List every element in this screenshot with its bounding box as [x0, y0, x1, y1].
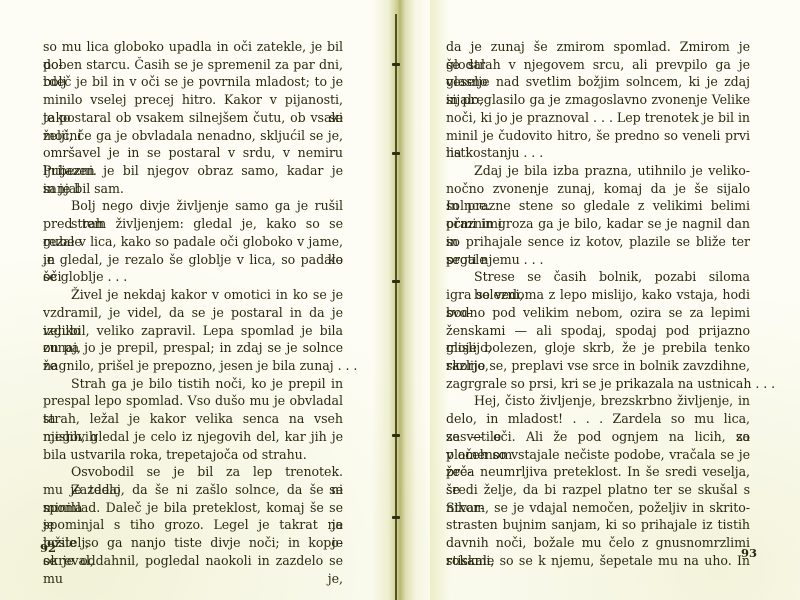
gutter-shadow — [372, 0, 428, 600]
text-line: igra se vedoma z lepo mislijo, kako vsta… — [446, 286, 750, 304]
text-line: Hej, čisto življenje, brezskrbno življen… — [446, 392, 750, 410]
text-line: še strah v njegovem srcu, ali prevpilo g… — [446, 56, 750, 74]
text-line: In prazne stene so gledale z velikimi be… — [446, 197, 750, 215]
text-line: bila ustvarila roka, trepetajoča od stra… — [43, 446, 343, 464]
text-line: minilo vselej precej hitro. Kakor v pija… — [43, 91, 343, 109]
text-line: žeča neumrljiva preteklost. In še sredi … — [446, 463, 750, 481]
text-line: doben starcu. Časih se je spremenil za p… — [43, 56, 343, 74]
binding-stitch — [392, 280, 400, 283]
text-line: spominjal s tiho grozo. Legel je takrat … — [43, 516, 343, 534]
text-line: se — oči. Ali že pod ognjem na licih, za… — [446, 428, 750, 446]
text-line: Strah ga je bilo tistih noči, ko je prep… — [43, 375, 343, 393]
text-line: v očeh so vstajale nečiste podobe, vrača… — [446, 446, 750, 464]
text-line: rdeč je bil in v oči se je povrnila mlad… — [43, 73, 343, 91]
text-line: nikom, se je vdajal nemočen, poželjiv in… — [446, 499, 750, 517]
book-spine-gutter — [395, 14, 397, 600]
text-line: izgubil, veliko zapravil. Lepa spomlad j… — [43, 322, 343, 340]
text-line: stiskale so se k njemu, šepetale mu na u… — [446, 552, 750, 570]
text-line: in je bil sam. — [43, 180, 343, 198]
text-line: on pa jo je prepil, prespal; in zdaj se … — [43, 339, 343, 357]
left-page-text: so mu lica globoko upadla in oči zatekle… — [43, 38, 343, 570]
text-line: so prihajale sence iz kotov, plazile se … — [446, 233, 750, 251]
text-line: Živel je nekdaj kakor v omotici in ko se… — [43, 286, 343, 304]
text-line: Strese se časih bolnik, pozabi siloma bo… — [446, 268, 750, 286]
text-line: ženskami — ali spodaj, spodaj pod prijaz… — [446, 322, 750, 340]
text-line: prespal lepo spomlad. Vso dušo mu je obv… — [43, 392, 343, 410]
text-line: je postaral ob vsakem silnejšem čutu, ob… — [43, 109, 343, 127]
text-line: bodno pod velikim nebom, ozira se za lep… — [446, 304, 750, 322]
text-line: proti njemu . . . — [446, 251, 750, 269]
text-line: mislih, gledal je celo iz njegovih del, … — [43, 428, 343, 446]
text-line: Zdaj je bila izba prazna, utihnilo je ve… — [446, 162, 750, 180]
text-line: da je zunaj še zmirom spomlad. Zmirom je… — [446, 38, 750, 56]
text-line: delo, in mladost! . . . Zardela so mu li… — [446, 410, 750, 428]
binding-stitch — [392, 63, 400, 66]
text-line: očmi in groza ga je bilo, kadar se je na… — [446, 215, 750, 233]
binding-stitch — [392, 516, 400, 519]
text-line: so mu lica globoko upadla in oči zatekle… — [43, 38, 343, 56]
page-number-right: 93 — [741, 546, 757, 560]
text-line: Osvobodil se je bil za lep trenotek. Zaz… — [43, 463, 343, 481]
text-line: noči, ki jo je praznoval . . . Lep treno… — [446, 109, 750, 127]
text-line: želji, če ga je obvladala nenadno, sklju… — [43, 127, 343, 145]
text-line: spomlad. Daleč je bila preteklost, komaj… — [43, 499, 343, 517]
text-line: omršavel je in se postaral v srdu, v nem… — [43, 144, 343, 162]
page-number-left: 92 — [40, 541, 56, 555]
text-line: strasten bujnim sanjam, ki so prihajale … — [446, 516, 750, 534]
text-line: Prijazen je bil njegov obraz samo, kadar… — [43, 162, 343, 180]
text-line: gloje bolezen, gloje skrb, že je prebila… — [446, 339, 750, 357]
text-line: nočno zvonenje zunaj, komaj da je še sij… — [446, 180, 750, 198]
text-line: na kostanju . . . — [446, 144, 750, 162]
text-line: mu je tedaj, da še ni zašlo solnce, da š… — [43, 481, 343, 499]
text-line: sredi želje, da bi razpel platno ter se … — [446, 481, 750, 499]
text-line: Bolj nego divje življenje samo ga je ruš… — [43, 197, 343, 215]
text-line: ložile so ga nanjo tiste divje noči; in … — [43, 534, 343, 552]
text-line: in preglasilo ga je zmagoslavno zvonenje… — [446, 91, 750, 109]
text-line: davnih noči, božale mu čelo z gnusnomrzl… — [446, 534, 750, 552]
text-line: gube v lica, kako so padale oči globoko … — [43, 233, 343, 251]
binding-stitch — [392, 434, 400, 437]
right-page-text: da je zunaj še zmirom spomlad. Zmirom je… — [446, 38, 750, 570]
text-line: se je oddahnil, pogledal naokoli in zazd… — [43, 552, 343, 570]
text-line: veselje nad svetlim božjim solncem, ki j… — [446, 73, 750, 91]
text-line: še globlje . . . — [43, 268, 343, 286]
book-spread: so mu lica globoko upadla in oči zatekle… — [0, 0, 800, 600]
text-line: vzdramil, je videl, da se je postaral in… — [43, 304, 343, 322]
text-line: zagrgrale so prsi, kri se je prikazala n… — [446, 375, 750, 393]
text-line: strah, ležal je kakor velika senca na vs… — [43, 410, 343, 428]
text-line: minil je čudovito hitro, še predno so ve… — [446, 127, 750, 145]
text-line: razlije se, preplavi vse srce in bolnik … — [446, 357, 750, 375]
text-line: nagnilo, prišel je prepozno, jesen je bi… — [43, 357, 343, 375]
text-line: pred tem življenjem: gledal je, kako so … — [43, 215, 343, 233]
text-line: je gledal, je rezalo še globlje v lica, … — [43, 251, 343, 269]
binding-stitch — [392, 152, 400, 155]
